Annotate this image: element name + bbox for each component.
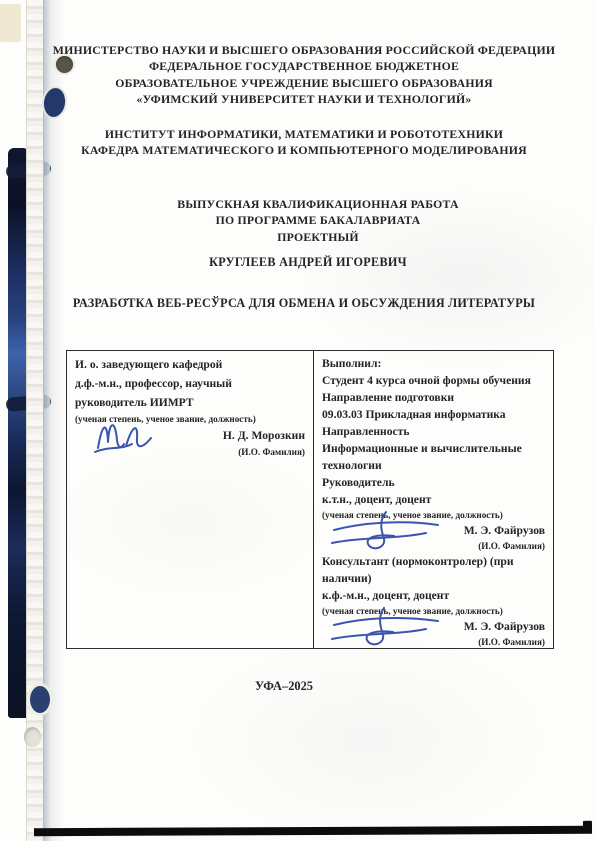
name-hint: (И.О. Фамилия) xyxy=(322,539,545,553)
name-hint: (И.О. Фамилия) xyxy=(322,635,545,649)
institute-line: ИНСТИТУТ ИНФОРМАТИКИ, МАТЕМАТИКИ И РОБОТ… xyxy=(48,126,560,142)
work-type-block: ВЫПУСКНАЯ КВАЛИФИКАЦИОННАЯ РАБОТА ПО ПРО… xyxy=(62,196,574,245)
degree-hint: (ученая степень, ученое звание, должност… xyxy=(322,508,545,522)
approver-degree: д.ф.-м.н., профессор, научный xyxy=(75,374,305,393)
name-hint: (И.О. Фамилия) xyxy=(75,445,305,459)
consultant-degree: к.ф.-м.н., доцент, доцент xyxy=(322,587,545,604)
approver-name: Н. Д. Морозкин xyxy=(75,426,305,445)
student-line: Студент 4 курса очной формы обучения xyxy=(322,372,545,389)
approval-table: И. о. заведующего кафедрой д.ф.-м.н., пр… xyxy=(66,350,554,649)
direction-label: Направление подготовки xyxy=(322,389,545,406)
header-line: МИНИСТЕРСТВО НАУКИ И ВЫСШЕГО ОБРАЗОВАНИЯ… xyxy=(48,42,560,58)
profile-value-line: Информационные и вычислительные xyxy=(322,440,545,457)
work-type-line: ПО ПРОГРАММЕ БАКАЛАВРИАТА xyxy=(62,212,574,228)
institute-header: ИНСТИТУТ ИНФОРМАТИКИ, МАТЕМАТИКИ И РОБОТ… xyxy=(48,126,560,159)
plastic-sleeve-edge xyxy=(26,0,44,841)
header-line: ОБРАЗОВАТЕЛЬНОЕ УЧРЕЖДЕНИЕ ВЫСШЕГО ОБРАЗ… xyxy=(48,75,560,91)
approver-role: руководитель ИИМРТ xyxy=(75,393,305,412)
consultant-label-line: Консультант (нормоконтролер) (при xyxy=(322,553,545,570)
punch-hole-bottom xyxy=(24,727,41,747)
city-year: УФА–2025 xyxy=(28,679,540,694)
consultant-label-line: наличии) xyxy=(322,570,545,587)
header-line: ФЕДЕРАЛЬНОЕ ГОСУДАРСТВЕННОЕ БЮДЖЕТНОЕ xyxy=(48,58,560,74)
author-name: КРУГЛЕЕВ АНДРЕЙ ИГОРЕВИЧ xyxy=(52,255,564,270)
thesis-title: РАЗРАБО̆ТКА ВЕБ-РЕСЎРСА ДЛЯ ОБМЕНА И ОБ… xyxy=(48,296,560,311)
ministry-header: МИНИСТЕРСТВО НАУКИ И ВЫСШЕГО ОБРАЗОВАНИЯ… xyxy=(48,42,560,107)
supervisor-label: Руководитель xyxy=(322,474,545,491)
degree-hint: (ученая степень, ученое звание, должност… xyxy=(322,604,545,618)
work-type-line: ВЫПУСКНАЯ КВАЛИФИКАЦИОННАЯ РАБОТА xyxy=(62,196,574,212)
supervisor-name: М. Э. Файрузов xyxy=(322,522,545,539)
profile-value-line: технологии xyxy=(322,457,545,474)
approval-cell-left: И. о. заведующего кафедрой д.ф.-м.н., пр… xyxy=(67,351,314,648)
supervisor-degree: к.т.н., доцент, доцент xyxy=(322,491,545,508)
performed-label: Выполнил: xyxy=(322,355,545,372)
direction-value: 09.03.03 Прикладная информатика xyxy=(322,406,545,423)
approver-position: И. о. заведующего кафедрой xyxy=(75,355,305,374)
degree-hint: (ученая степень, ученое звание, должност… xyxy=(75,412,305,426)
work-type-line: ПРОЕКТНЫЙ xyxy=(62,229,574,245)
title-page: МИНИСТЕРСТВО НАУКИ И ВЫСШЕГО ОБРАЗОВАНИЯ… xyxy=(48,0,560,841)
approval-cell-right: Выполнил: Студент 4 курса очной формы об… xyxy=(314,351,553,648)
header-line: «УФИМСКИЙ УНИВЕРСИТЕТ НАУКИ И ТЕХНОЛОГИЙ… xyxy=(48,91,560,107)
profile-label: Направленность xyxy=(322,423,545,440)
department-line: КАФЕДРА МАТЕМАТИЧЕСКОГО И КОМПЬЮТЕРНОГО … xyxy=(48,142,560,158)
consultant-name: М. Э. Файрузов xyxy=(322,618,545,635)
sleeve-corner xyxy=(0,4,21,42)
